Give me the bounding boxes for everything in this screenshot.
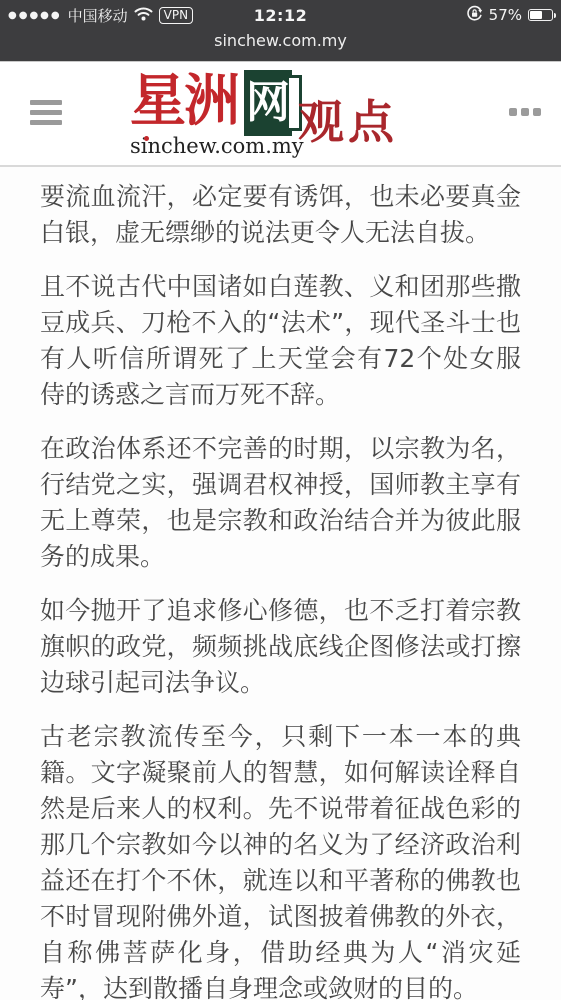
section-title-opinion[interactable]: 观点: [298, 86, 398, 152]
hamburger-bar: [30, 100, 62, 105]
more-dot: [521, 108, 529, 116]
hamburger-bar: [30, 110, 62, 115]
site-header: 星洲 网 sinchew.com.my 观点: [0, 62, 561, 167]
more-dot: [509, 108, 517, 116]
article-paragraph: 且不说古代中国诸如白莲教、义和团那些撒豆成兵、刀枪不入的“法术”，现代圣斗士也有…: [40, 269, 521, 413]
article-body: 要流血流汗，必定要有诱饵，也未必要真金白银，虚无缥缈的说法更令人无法自拔。 且不…: [0, 167, 561, 1000]
vpn-badge: VPN: [159, 7, 193, 24]
status-right-cluster: 57%: [307, 5, 553, 26]
article-paragraph: 古老宗教流传至今，只剩下一本一本的典籍。文字凝聚前人的智慧，如何解读诠释自然是后…: [40, 719, 521, 1000]
logo-wang-char: 网: [245, 78, 291, 128]
carrier-label: 中国移动: [68, 5, 128, 26]
url-bar[interactable]: sinchew.com.my: [0, 26, 561, 56]
clock: 12:12: [254, 6, 307, 25]
logo-domain-text: sinchew.com.my: [130, 134, 304, 158]
wifi-icon: [134, 7, 153, 25]
logo-xingzhou-text: 星洲: [130, 68, 238, 134]
article-paragraph: 在政治体系还不完善的时期，以宗教为名，行结党之实，强调君权神授，国师教主享有无上…: [40, 431, 521, 575]
orientation-lock-icon: [466, 5, 483, 26]
phone-screen: ●●●●● 中国移动 VPN 12:12: [0, 0, 561, 1000]
status-bar: ●●●●● 中国移动 VPN 12:12: [0, 0, 561, 62]
hamburger-menu-icon[interactable]: [30, 100, 62, 125]
more-options-icon[interactable]: [509, 108, 541, 116]
hamburger-bar: [30, 120, 62, 125]
battery-icon: [528, 9, 553, 21]
logo-top: 星洲 网: [130, 68, 304, 136]
url-text[interactable]: sinchew.com.my: [214, 31, 347, 50]
article-paragraph: 如今抛开了追求修心修德，也不乏打着宗教旗帜的政党，频频挑战底线企图修法或打擦边球…: [40, 593, 521, 701]
battery-fill: [530, 11, 542, 19]
article-paragraph: 要流血流汗，必定要有诱饵，也未必要真金白银，虚无缥缈的说法更令人无法自拔。: [40, 179, 521, 251]
battery-percent: 57%: [489, 6, 522, 24]
battery-cap: [554, 13, 556, 18]
more-dot: [533, 108, 541, 116]
status-bar-row: ●●●●● 中国移动 VPN 12:12: [0, 0, 561, 26]
signal-strength-icon: ●●●●●: [8, 11, 62, 21]
sinchew-logo[interactable]: 星洲 网 sinchew.com.my: [130, 68, 304, 158]
logo-wang-mark: 网: [244, 70, 292, 136]
status-left-cluster: ●●●●● 中国移动 VPN: [8, 5, 254, 26]
